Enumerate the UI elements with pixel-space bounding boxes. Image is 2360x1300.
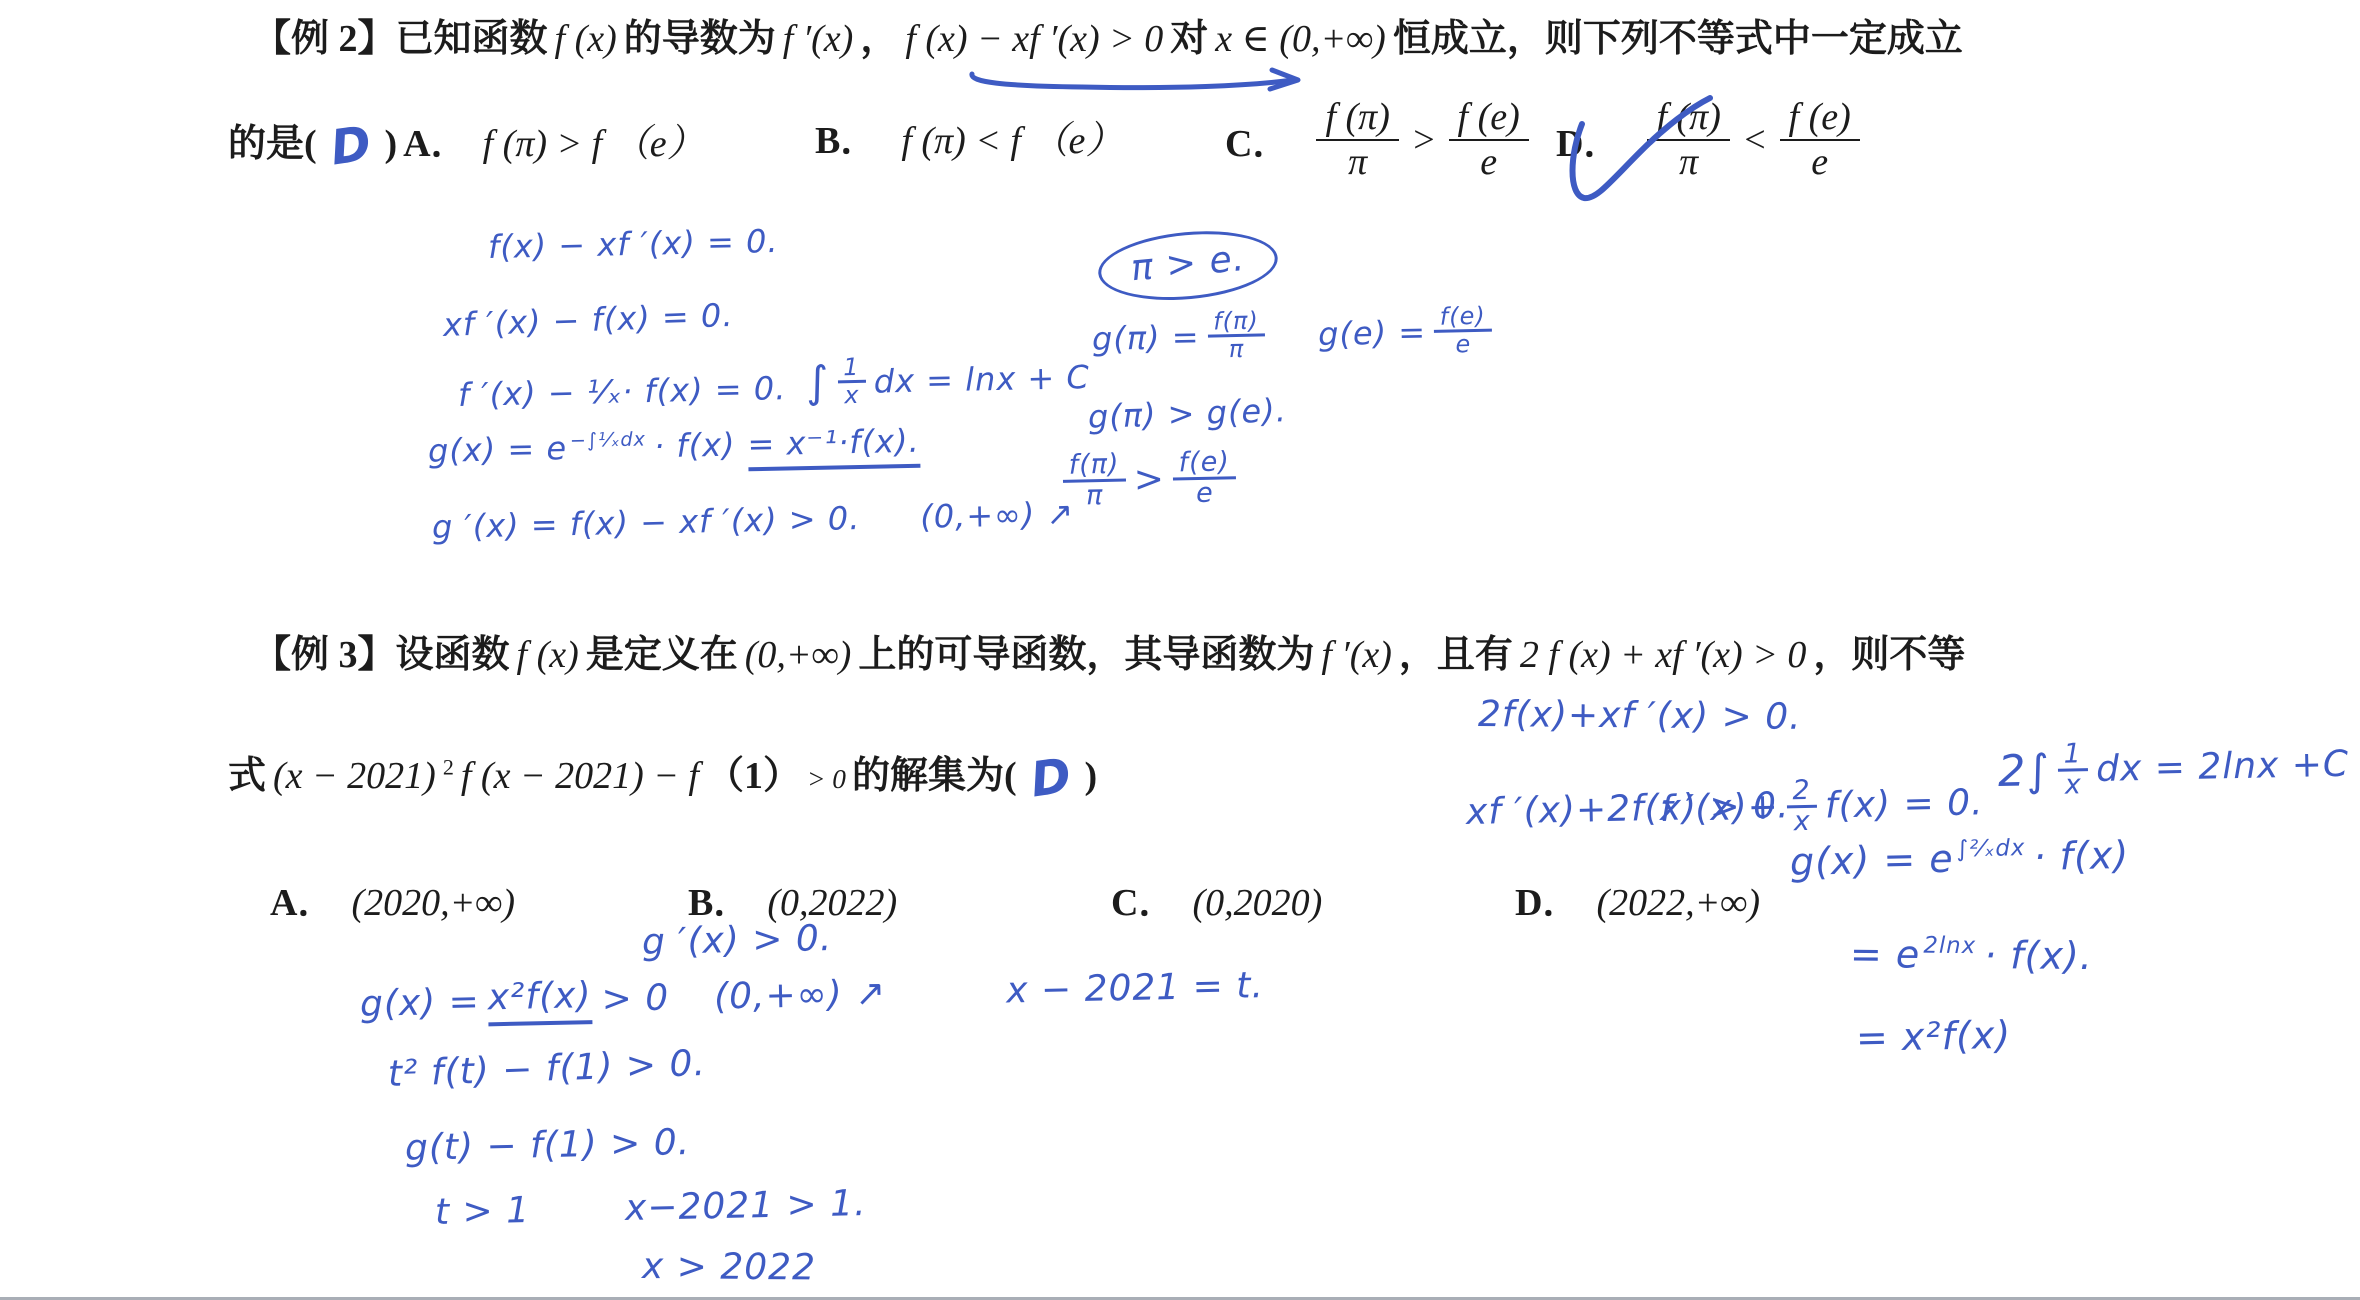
ex3-statement-line2: 式(x − 2021)2f (x − 2021) − f（1）> 0的解集为(D…: [228, 750, 1097, 806]
increasing-interval: (0,+∞) ↗: [714, 973, 887, 1018]
fraction-denominator: π: [1226, 337, 1248, 363]
handwritten-fraction: f(π)π: [1207, 308, 1266, 363]
handwritten-rearranged: f ′(x)+ 2x f(x) = 0.: [1659, 773, 1984, 839]
ex2-optionC-fraction2: f (e)e: [1449, 96, 1529, 183]
fraction-numerator: f(e): [1433, 304, 1492, 333]
ex3-condition: 2 f (x) + xf ′(x) > 0: [1520, 634, 1806, 676]
handwritten-conclusion: f(π)π > f(e)e: [1054, 448, 1244, 512]
squared-exponent: 2: [443, 754, 454, 779]
ex3-solution-set-label: 的解集为(: [852, 755, 1017, 797]
handwritten-fraction: f(e)e: [1172, 448, 1236, 509]
handwritten-g-definition: g(x) = e−∫¹⁄ₓdx· f(x)= x⁻¹·f(x).: [428, 422, 920, 470]
ex3-seg-shi: 式: [228, 755, 266, 797]
ex3-f-expression: f (x − 2021) − f: [461, 755, 699, 797]
ex3-seg2: 是定义在: [586, 634, 738, 676]
handwritten-fraction: 2x: [1786, 777, 1817, 837]
ex3-greater-zero: > 0: [807, 764, 846, 794]
fraction-denominator: e: [1476, 141, 1501, 184]
underlined-x-squared-fx: x²f(x): [487, 975, 592, 1026]
g-prime-expression: g ′(x) = f(x) − xf ′(x) > 0.: [432, 499, 861, 546]
ex2-optionC: C． f (π)π > f (e)e: [1225, 96, 1539, 183]
ex3-seg4: ，且有: [1399, 634, 1513, 676]
g-definition-base: g(x) = e: [428, 429, 568, 470]
handwritten-comparison: g(π) > g(e).: [1087, 391, 1287, 436]
handwritten-note: 2f(x)+xf ′(x) > 0.: [1478, 694, 1802, 738]
ex2-optionD-relation: <: [1742, 118, 1768, 162]
circled-note-container: π > e.: [1097, 230, 1279, 301]
ex2-seg3: 对: [1170, 18, 1208, 60]
ex2-seg4: 恒成立，则下列不等式中一定成立: [1393, 18, 1963, 60]
ex3-seg5: ，则不等: [1813, 634, 1965, 676]
checkmark-annotation: [1550, 94, 1720, 216]
relation-sign: >: [1133, 459, 1165, 501]
ex2-fpx: f ′(x): [783, 18, 854, 60]
ex2-seg1: 已知函数: [396, 18, 548, 60]
handwritten-t-row: t > 1 x−2021 > 1.: [435, 1183, 867, 1233]
ex3-optionB-label: B．: [688, 882, 751, 924]
ex2-statement-line1: 【例 2】已知函数f (x)的导数为f ′(x)，f (x) − xf ′(x)…: [253, 16, 1963, 64]
fraction-denominator: e: [1452, 332, 1474, 358]
ex2-optionA-expr: f (π) > f （e）: [483, 123, 705, 165]
handwritten-note: g(t) − f(1) > 0.: [405, 1122, 691, 1169]
handwritten-note: f(x) − xf ′(x) = 0.: [488, 222, 779, 266]
fraction-numerator: 1: [2057, 740, 2088, 772]
handwritten-integral-formula: 2∫ 1x dx = 2lnx +C: [1997, 735, 2349, 802]
ex3-optionA-label: A．: [270, 882, 335, 924]
handwritten-fraction: 1x: [2057, 740, 2088, 800]
fraction-denominator: e: [1807, 141, 1832, 184]
ex2-optionC-label: C．: [1225, 112, 1290, 167]
ex2-tag: 【例 2】: [253, 18, 396, 60]
integral-sign: 2∫: [1997, 746, 2050, 797]
ex3-handwritten-answer: D: [1027, 747, 1074, 808]
handwritten-note: f ′(x) − ¹⁄ₓ· f(x) = 0.: [458, 369, 787, 414]
handwritten-g-definition: g(x) = e∫²⁄ₓdx· f(x): [1790, 833, 2130, 884]
handwritten-integral-formula: ∫ 1x dx = lnx + C: [805, 350, 1090, 409]
greater-zero: > 0: [601, 978, 669, 1020]
fraction-numerator: f(π): [1207, 308, 1265, 337]
g-definition-base: g(x) = e: [1790, 837, 1955, 884]
ex2-fx: f (x): [555, 18, 617, 60]
fraction-numerator: f (e): [1780, 96, 1860, 141]
circled-pi-greater-e: π > e.: [1095, 224, 1281, 307]
handwritten-fraction: f(π)π: [1062, 451, 1126, 512]
ex2-optionB-expr: f (π) < f （e）: [901, 120, 1123, 162]
ex2-comma: ，: [860, 18, 898, 60]
handwritten-g-result: = x²f(x): [1856, 1013, 2012, 1060]
exponent: −∫¹⁄ₓdx: [570, 427, 646, 452]
ex2-answer-and-optionA: 的是(D)A．f (π) > f （e）: [228, 118, 712, 174]
ex2-optionC-fraction1: f (π)π: [1316, 96, 1398, 183]
ex2-optionD-fraction2: f (e)e: [1780, 96, 1860, 183]
exponent: ∫²⁄ₓdx: [1956, 835, 2025, 862]
fraction-numerator: f (π): [1316, 96, 1398, 141]
ex3-paren-one: （1）: [706, 755, 801, 797]
exponent: 2lnx: [1923, 933, 1976, 959]
ex2-domain: x ∈ (0,+∞): [1215, 18, 1386, 60]
ex3-optionC-value: (0,2020): [1192, 882, 1322, 924]
increasing-interval: (0,+∞) ↗: [920, 495, 1075, 536]
fraction-numerator: f(π): [1062, 451, 1125, 484]
ex2-optionA-label: A．: [403, 123, 468, 165]
ex3-optionD: D．(2022,+∞): [1515, 880, 1760, 928]
integral-sign: ∫: [805, 357, 830, 407]
fraction-denominator: π: [1083, 482, 1107, 511]
times-fx: · f(x).: [1984, 933, 2093, 978]
ex3-fpx: f ′(x): [1321, 634, 1392, 676]
fraction-numerator: 1: [837, 355, 866, 384]
handwritten-substitution-row: g(x) = x²f(x) > 0 (0,+∞) ↗ x − 2021 = t.: [359, 961, 1264, 1029]
ex3-optionA-value: (2020,+∞): [351, 882, 515, 924]
g-e-label: g(e) =: [1318, 313, 1427, 353]
ex3-statement-line1: 【例 3】设函数f (x)是定义在(0,+∞)上的可导函数，其导函数为f ′(x…: [253, 632, 1965, 680]
ex3-seg3: 上的可导函数，其导函数为: [858, 634, 1314, 676]
times-fx: · f(x): [654, 426, 736, 466]
handwritten-derivative-line: g ′(x) = f(x) − xf ′(x) > 0. (0,+∞) ↗: [432, 495, 1075, 546]
fraction-denominator: π: [1344, 141, 1371, 184]
g-equals: g(x) =: [360, 981, 481, 1025]
underlined-result: = x⁻¹·f(x).: [747, 422, 920, 472]
fraction-numerator: f(e): [1172, 448, 1236, 481]
ex3-optionB-value: (0,2022): [767, 882, 897, 924]
handwritten-note: g ′(x) > 0.: [642, 918, 833, 963]
ex3-optionC-label: C．: [1111, 882, 1176, 924]
ex2-answer-post: ): [385, 123, 398, 165]
handwritten-fraction: 1x: [837, 355, 866, 409]
ex2-optionB-label: B．: [815, 120, 878, 162]
ex2-optionB: B．f (π) < f （e）: [815, 118, 1130, 166]
t-greater-one: t > 1: [435, 1190, 531, 1233]
ex3-seg1: 设函数: [396, 634, 510, 676]
fraction-numerator: 2: [1786, 777, 1817, 809]
ex2-inequality: f (x) − xf ′(x) > 0: [905, 18, 1163, 60]
fraction-denominator: x: [2062, 772, 2086, 801]
handwritten-fraction: f(e)e: [1433, 304, 1492, 359]
ex2-seg2: 的导数为: [624, 18, 776, 60]
substitution-t: x − 2021 = t.: [1006, 965, 1264, 1011]
handwritten-g-step2: = e2lnx· f(x).: [1850, 932, 2093, 978]
ex2-answer-pre: 的是(: [228, 123, 317, 165]
ex3-domain: (0,+∞): [745, 634, 852, 676]
ex3-x-minus-2021: (x − 2021): [273, 755, 436, 797]
ex2-handwritten-answer: D: [327, 115, 374, 176]
ex3-optionD-label: D．: [1515, 882, 1580, 924]
ex3-tag: 【例 3】: [253, 634, 396, 676]
equals-e: = e: [1850, 932, 1921, 977]
ex3-optionC: C．(0,2020): [1111, 880, 1322, 928]
ex2-optionC-relation: >: [1411, 118, 1437, 162]
handwritten-g-values: g(π) = f(π)π g(e) = f(e)e: [1091, 303, 1500, 365]
fraction-denominator: x: [1790, 808, 1814, 837]
handwritten-note: t² f(t) − f(1) > 0.: [387, 1043, 706, 1095]
integral-result: dx = lnx + C: [873, 358, 1090, 401]
fx-equals-zero: f(x) = 0.: [1825, 783, 1984, 827]
f-prime-plus: f ′(x)+: [1660, 787, 1780, 830]
fraction-denominator: e: [1193, 480, 1217, 509]
ex3-optionA: A．(2020,+∞): [270, 880, 515, 928]
integral-result: dx = 2lnx +C: [2096, 744, 2350, 790]
fraction-denominator: x: [841, 383, 863, 409]
handwritten-final-answer: x > 2022: [642, 1246, 816, 1289]
fraction-numerator: f (e): [1449, 96, 1529, 141]
handwritten-note: xf ′(x) − f(x) = 0.: [442, 296, 734, 344]
times-fx: · f(x): [2033, 833, 2130, 879]
g-pi-label: g(π) =: [1092, 317, 1200, 357]
ex3-answer-post: ): [1084, 755, 1097, 797]
x-minus-2021-greater-one: x−2021 > 1.: [625, 1183, 867, 1229]
ex3-fx: f (x): [517, 634, 579, 676]
ex3-optionD-value: (2022,+∞): [1596, 882, 1760, 924]
